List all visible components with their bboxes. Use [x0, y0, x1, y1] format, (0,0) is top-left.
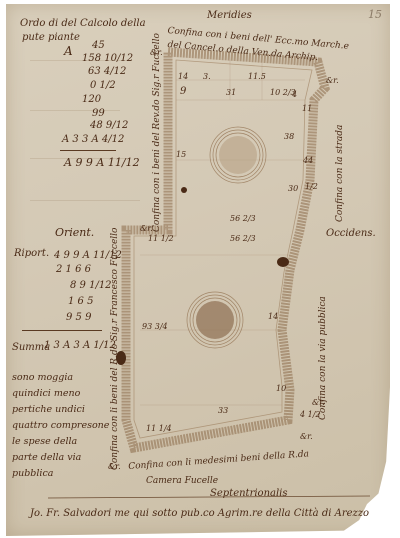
north-label: Meridies [207, 10, 252, 21]
plot-value: 11 1/2 [148, 234, 174, 243]
east-boundary-upper: Confina con la strada [335, 125, 345, 222]
plot-value: 93 3/4 [142, 322, 168, 331]
corner-mark: &r. [108, 462, 121, 471]
surveyor-signature: Jo. Fr. Salvadori me qui sotto pub.co Ag… [30, 508, 369, 519]
corner-mark: &r. [312, 398, 325, 407]
corner-mark: &r. [140, 224, 153, 233]
plot-value: 14 [178, 72, 188, 81]
plot-value: 4 1/2 [300, 410, 321, 419]
plot-value: 38 [284, 132, 294, 141]
plot-value: 11.5 [248, 72, 266, 81]
plot-value: 4 [292, 90, 297, 99]
plot-value: 11 [302, 104, 312, 113]
south-boundary-line: Camera Fucelle [146, 476, 218, 486]
east-label: Occidens. [326, 228, 376, 239]
corner-mark: &r. [326, 76, 339, 85]
corner-mark: &r. [150, 48, 163, 57]
plot-value: 11 1/4 [146, 424, 172, 433]
plot-value: 33 [218, 406, 228, 415]
plot-value: 1/2 [305, 182, 318, 191]
plot-value: 30 [288, 184, 298, 193]
plot-value: 10 [276, 384, 286, 393]
plot-value: 44 [303, 156, 313, 165]
well-icon [210, 127, 266, 183]
west-boundary-upper: Confina con i beni del Rev.do Sig.r Fucc… [152, 33, 162, 232]
plot-value: 9 [180, 86, 186, 97]
plot-value: 56 2/3 [230, 234, 256, 243]
south-label: Septentrionalis [210, 488, 288, 499]
plot-value: 31 [226, 88, 236, 97]
plot-value: 56 2/3 [230, 214, 256, 223]
plot-value: 15 [176, 150, 186, 159]
plot-value: 14 [268, 312, 278, 321]
west-boundary-lower: Confina con li beni del R.do Sig.r Franc… [110, 228, 120, 470]
well-icon [187, 292, 243, 348]
corner-mark: &r. [300, 432, 313, 441]
plot-value: 3. [203, 72, 211, 81]
